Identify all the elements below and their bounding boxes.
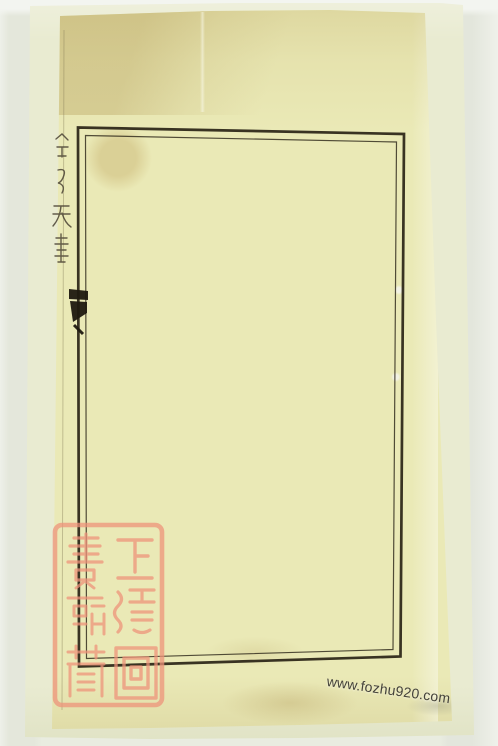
manuscript-page — [0, 0, 498, 746]
scanned-book-page: www.fozhu920.com — [0, 0, 498, 746]
